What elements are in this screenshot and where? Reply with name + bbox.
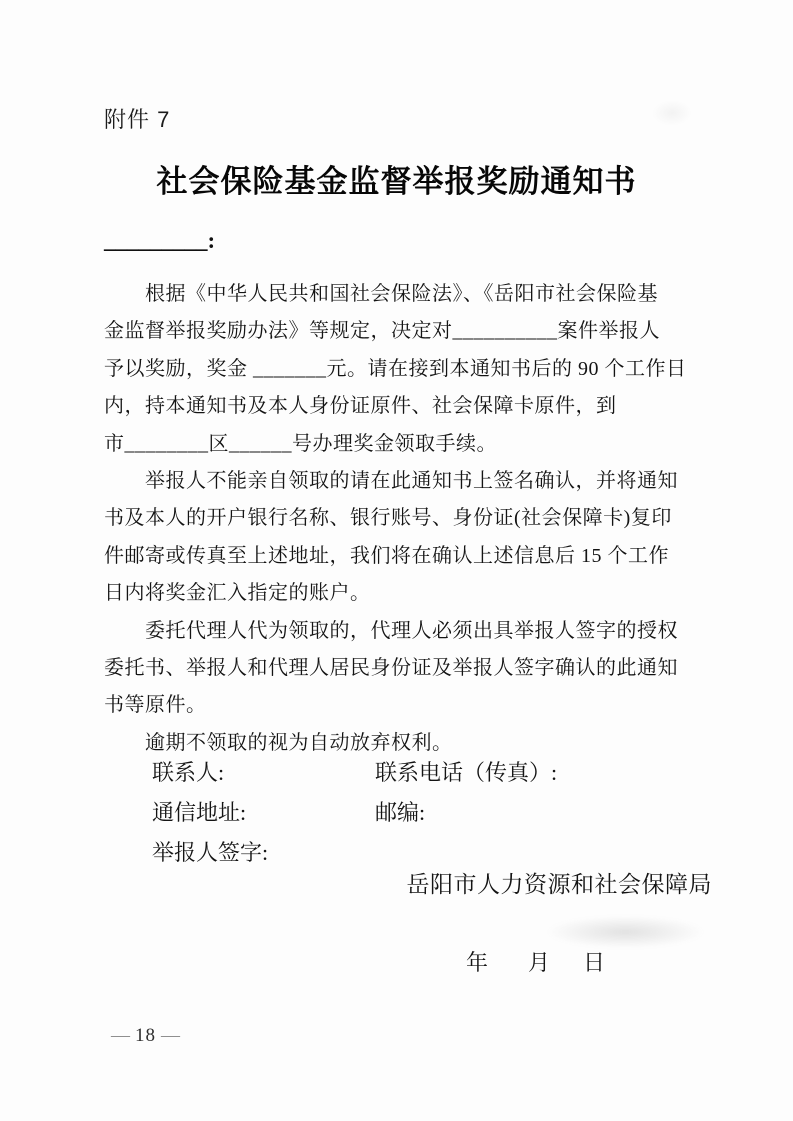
scan-artifact-speck xyxy=(652,100,692,126)
body-line: 件邮寄或传真至上述地址，我们将在确认上述信息后 15 个工作 xyxy=(104,538,690,575)
contact-label-right: 联系电话（传真）: xyxy=(375,753,557,793)
body-line: 委托书、举报人和代理人居民身份证及举报人签字确认的此通知 xyxy=(104,650,690,687)
contact-label-left: 联系人: xyxy=(152,753,224,793)
salutation-blank-line: _________: xyxy=(104,228,215,254)
body-line: 委托代理人代为领取的，代理人必须出具举报人签字的授权 xyxy=(104,613,690,650)
contact-label-right: 邮编: xyxy=(375,793,425,833)
month-label: 月 xyxy=(528,950,550,975)
year-label: 年 xyxy=(466,950,488,975)
page-number-dash-right: — xyxy=(161,1025,180,1046)
scan-artifact-smudge xyxy=(548,916,703,948)
body-text: 根据《中华人民共和国社会保险法》、《岳阳市社会保险基 金监督举报奖励办法》等规定… xyxy=(104,276,690,762)
day-label: 日 xyxy=(583,950,605,975)
body-line: 根据《中华人民共和国社会保险法》、《岳阳市社会保险基 xyxy=(104,276,690,313)
body-line: 予以奖励，奖金 _______元。请在接到本通知书后的 90 个工作日 xyxy=(104,351,690,388)
page-number: —18— xyxy=(111,1025,180,1047)
contact-row: 联系人: 联系电话（传真）: xyxy=(104,753,724,793)
body-line: 书等原件。 xyxy=(104,687,690,724)
body-line: 市________区______号办理奖金领取手续。 xyxy=(104,426,690,463)
body-line: 日内将奖金汇入指定的账户。 xyxy=(104,575,690,612)
contact-fields: 联系人: 联系电话（传真）: 通信地址: 邮编: 举报人签字: xyxy=(104,753,724,873)
page-title: 社会保险基金监督举报奖励通知书 xyxy=(0,156,793,201)
body-line: 书及本人的开户银行名称、银行账号、身份证(社会保障卡)复印 xyxy=(104,500,690,537)
contact-row: 通信地址: 邮编: xyxy=(104,793,724,833)
attachment-label: 附件 7 xyxy=(104,103,170,134)
issuing-authority: 岳阳市人力资源和社会保障局 xyxy=(0,866,712,899)
contact-label-left: 通信地址: xyxy=(152,793,246,833)
date-line: 年月日 xyxy=(466,946,605,977)
body-line: 内，持本通知书及本人身份证原件、社会保障卡原件，到 xyxy=(104,388,690,425)
page-number-value: 18 xyxy=(135,1025,156,1046)
body-line: 金监督举报奖励办法》等规定，决定对__________案件举报人 xyxy=(104,313,690,350)
document-page: 附件 7 社会保险基金监督举报奖励通知书 _________: 根据《中华人民共… xyxy=(0,0,793,1121)
body-line: 举报人不能亲自领取的请在此通知书上签名确认，并将通知 xyxy=(104,463,690,500)
page-number-dash-left: — xyxy=(111,1025,130,1046)
